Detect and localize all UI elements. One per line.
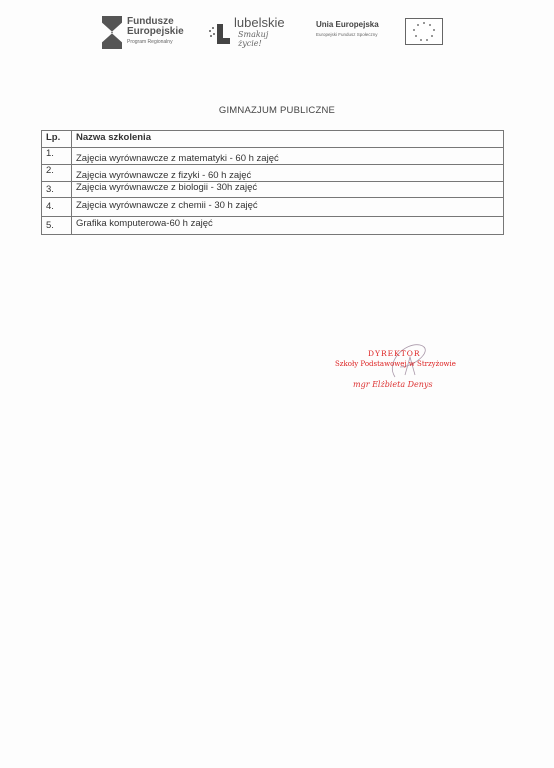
row-number: 3.: [42, 182, 72, 198]
row-number: 2.: [42, 165, 72, 182]
fe-emblem-icon: [102, 16, 122, 49]
table-row: 4. Zajęcia wyrównawcze z chemii - 30 h z…: [42, 198, 504, 217]
row-number: 4.: [42, 198, 72, 217]
director-stamp: DYREKTOR Szkoły Podstawowej w Strzyżowie…: [325, 347, 465, 397]
row-number: 1.: [42, 148, 72, 165]
document-title: GIMNAZJUM PUBLICZNE: [0, 105, 554, 116]
row-name: Zajęcia wyrównawcze z matematyki - 60 h …: [72, 148, 504, 165]
row-name: Zajęcia wyrównawcze z chemii - 30 h zaję…: [72, 198, 504, 217]
table-row: 2. Zajęcia wyrównawcze z fizyki - 60 h z…: [42, 165, 504, 182]
row-name: Zajęcia wyrównawcze z biologii - 30h zaj…: [72, 182, 504, 198]
row-name: Grafika komputerowa-60 h zajęć: [72, 217, 504, 235]
lubelskie-emblem-icon: [208, 24, 230, 46]
column-header-name: Nazwa szkolenia: [72, 131, 504, 148]
row-name: Zajęcia wyrównawcze z fizyki - 60 h zaję…: [72, 165, 504, 182]
table-row: 3. Zajęcia wyrównawcze z biologii - 30h …: [42, 182, 504, 198]
training-table: Lp. Nazwa szkolenia 1. Zajęcia wyrównawc…: [41, 130, 504, 235]
table-row: 1. Zajęcia wyrównawcze z matematyki - 60…: [42, 148, 504, 165]
column-header-lp: Lp.: [42, 131, 72, 148]
unia-europejska-logo: Unia Europejska Europejski Fundusz Społe…: [316, 20, 379, 37]
header-logos: Fundusze Europejskie Program Regionalny …: [100, 14, 445, 52]
table-header-row: Lp. Nazwa szkolenia: [42, 131, 504, 148]
row-number: 5.: [42, 217, 72, 235]
table-row: 5. Grafika komputerowa-60 h zajęć: [42, 217, 504, 235]
eu-flag-icon: [405, 18, 443, 45]
